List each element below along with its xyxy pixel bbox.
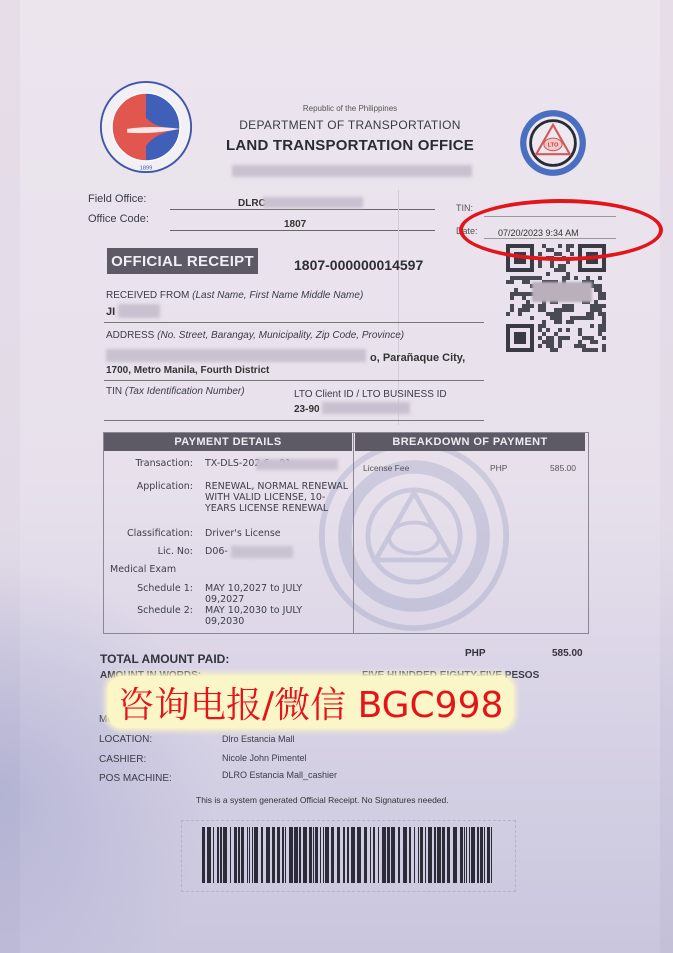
payment-detail-key: Lic. No: (103, 546, 193, 557)
redacted-address-block (232, 165, 472, 177)
receipt-number: 1807-000000014597 (294, 257, 423, 273)
official-receipt-badge: OFFICIAL RECEIPT (107, 248, 258, 274)
cashier-value: Nicole John Pimentel (222, 753, 307, 763)
tin-hint: (Tax Identification Number) (125, 386, 245, 397)
redacted-qr-area (532, 282, 592, 302)
payment-detail-value: MAY 10,2030 to JULY 09,2030 (205, 605, 325, 627)
header-department: DEPARTMENT OF TRANSPORTATION (220, 118, 480, 132)
received-from-value: JI (106, 306, 115, 318)
highlight-ring (459, 199, 663, 261)
pos-machine-value: DLRO Estancia Mall_cashier (222, 770, 337, 780)
payment-detail-key: Medical Exam (110, 564, 210, 575)
payment-detail-key: Transaction: (103, 458, 193, 469)
svg-text:LTO: LTO (548, 143, 559, 149)
client-id-value: 23-90 (294, 404, 320, 415)
field-office-underline (170, 209, 435, 210)
office-code-value: 1807 (284, 219, 306, 230)
barcode (202, 827, 494, 883)
received-from-title: RECEIVED FROM (106, 290, 189, 301)
breakdown-header: BREAKDOWN OF PAYMENT (355, 433, 585, 451)
svg-text:1899: 1899 (140, 165, 153, 171)
payment-detail-key: Application: (103, 481, 193, 492)
pos-machine-label: POS MACHINE: (99, 773, 172, 784)
office-code-label: Office Code: (88, 213, 149, 225)
address-title: ADDRESS (106, 330, 154, 341)
field-office-value: DLRC (238, 198, 266, 209)
payment-detail-key: Schedule 1: (103, 583, 193, 594)
divider (104, 420, 484, 421)
divider (104, 380, 484, 381)
cashier-label: CASHIER: (99, 754, 146, 765)
lto-seal-icon: LTO (518, 108, 588, 178)
divider (104, 322, 484, 323)
received-from-label: RECEIVED FROM (Last Name, First Name Mid… (106, 290, 363, 301)
redacted-transaction (256, 459, 338, 470)
address-line-2: 1700, Metro Manila, Fourth District (106, 365, 269, 376)
total-currency: PHP (465, 648, 486, 659)
location-label: LOCATION: (99, 734, 152, 745)
payment-table-divider (353, 432, 354, 633)
tin-number-label: TIN (Tax Identification Number) (106, 386, 245, 397)
redacted-name (118, 304, 160, 318)
overlay-contact-text: 咨询电报/微信 BGC998 (108, 676, 513, 728)
system-generated-note: This is a system generated Official Rece… (196, 795, 449, 805)
tin-title: TIN (106, 386, 122, 397)
client-id-label: LTO Client ID / LTO BUSINESS ID (294, 389, 447, 400)
payment-detail-value: MAY 10,2027 to JULY 09,2027 (205, 583, 325, 605)
address-line-1: o, Parañaque City, (370, 352, 465, 364)
payment-detail-key: Classification: (103, 528, 193, 539)
address-label: ADDRESS (No. Street, Barangay, Municipal… (106, 330, 404, 341)
redacted-client-id (322, 402, 410, 414)
received-from-hint: (Last Name, First Name Middle Name) (192, 290, 363, 301)
breakdown-item-currency: PHP (490, 463, 507, 473)
breakdown-item-name: License Fee (363, 463, 409, 473)
header-office: LAND TRANSPORTATION OFFICE (220, 137, 480, 154)
payment-detail-key: Schedule 2: (103, 605, 193, 616)
redacted-field-office (263, 197, 363, 208)
total-amount-label: TOTAL AMOUNT PAID: (100, 652, 229, 666)
total-amount: 585.00 (552, 648, 583, 659)
payment-detail-value: Driver's License (205, 528, 353, 539)
dotr-seal-icon: 1899 (99, 80, 193, 174)
payment-details-header: PAYMENT DETAILS (104, 433, 352, 451)
header-republic: Republic of the Philippines (220, 104, 480, 113)
breakdown-item-amount: 585.00 (550, 463, 576, 473)
office-code-underline (170, 230, 435, 231)
payment-detail-value: RENEWAL, NORMAL RENEWAL WITH VALID LICEN… (205, 481, 353, 514)
redacted-address (106, 349, 366, 362)
tin-label: TIN: (456, 203, 473, 213)
redacted-license-number (231, 546, 293, 558)
address-hint: (No. Street, Barangay, Municipality, Zip… (157, 330, 404, 341)
field-office-label: Field Office: (88, 193, 147, 205)
location-value: Dlro Estancia Mall (222, 734, 295, 744)
